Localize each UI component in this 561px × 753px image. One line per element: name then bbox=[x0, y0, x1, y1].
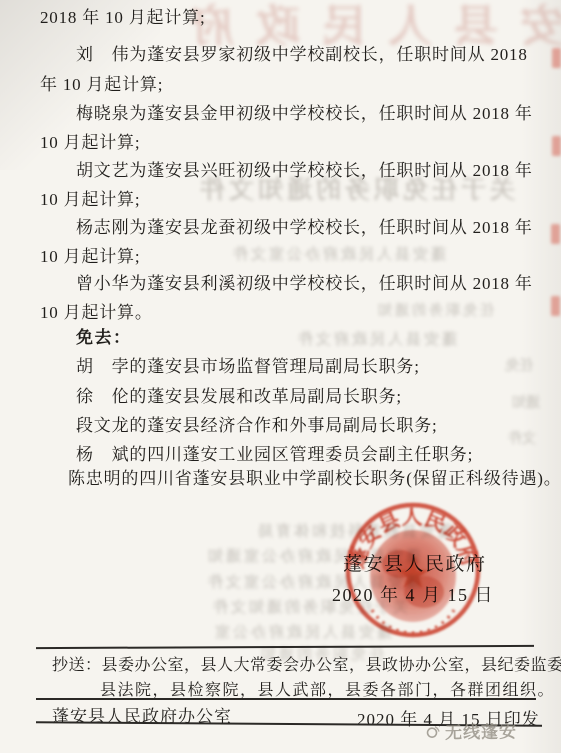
bleedthrough-text: 文件 bbox=[508, 428, 536, 448]
doc-line: 年 10 月起计算; bbox=[40, 74, 163, 96]
bleedthrough-text: 蓬安县人民政府办公室文件 bbox=[230, 243, 446, 264]
bleedthrough-text: 任免 bbox=[505, 355, 533, 375]
doc-line: 徐 伦的蓬安县发展和改革局副局长职务; bbox=[76, 386, 402, 408]
doc-line: 胡 孛的蓬安县市场监督管理局副局长职务; bbox=[76, 356, 420, 378]
bleedthrough-red-fragment bbox=[551, 224, 560, 244]
doc-line: 胡文艺为蓬安县兴旺初级中学校校长，任职时间从 2018 年 bbox=[76, 160, 533, 182]
bleedthrough-red-fragment bbox=[551, 296, 560, 316]
scanned-document-page: 蓬安县人民政府 关于任免职务的通知文件 蓬安县人民政府办公室文件 任免职务的通知… bbox=[0, 0, 561, 753]
watermark-text: 无线蓬安 bbox=[445, 717, 517, 743]
removal-section-header: 免去： bbox=[76, 327, 132, 349]
bleedthrough-red-fragment bbox=[552, 48, 561, 68]
bleedthrough-text: 任免职务的通知 bbox=[375, 300, 494, 320]
doc-line: 10 月起计算; bbox=[40, 246, 140, 268]
official-seal: ★ 蓬安县人民政府 bbox=[320, 496, 506, 648]
doc-line: 杨志刚为蓬安县龙蚕初级中学校校长，任职时间从 2018 年 bbox=[76, 217, 533, 239]
seal-star-icon: ★ bbox=[395, 552, 431, 597]
doc-line: 10 月起计算; bbox=[40, 132, 140, 154]
radio-waves-icon bbox=[424, 722, 442, 740]
doc-line: 陈忠明的四川省蓬安县职业中学副校长职务(保留正科级待遇)。 bbox=[68, 468, 561, 490]
doc-line: 杨 斌的四川蓬安工业园区管理委员会副主任职务; bbox=[76, 444, 473, 466]
watermark: 无线蓬安 bbox=[424, 717, 517, 744]
cc-list-line2: 县法院，县检察院，县人武部，县委各部门，各群团组织。 bbox=[100, 677, 555, 700]
doc-line: 2018 年 10 月起计算; bbox=[40, 7, 205, 29]
doc-line: 梅晓泉为蓬安县金甲初级中学校校长，任职时间从 2018 年 bbox=[76, 103, 533, 125]
bleedthrough-text: 蓬安县人民政府文件 bbox=[295, 328, 457, 349]
doc-line: 曾小华为蓬安县利溪初级中学校校长，任职时间从 2018 年 bbox=[76, 273, 533, 295]
doc-line: 10 月起计算。 bbox=[40, 302, 153, 324]
separator-line bbox=[36, 698, 536, 700]
separator-line bbox=[36, 645, 534, 649]
cc-list-line1: 抄送：县委办公室，县人大常委会办公室，县政协办公室，县纪委监委， bbox=[52, 652, 561, 675]
doc-line: 段文龙的蓬安县经济合作和外事局副局长职务; bbox=[76, 415, 438, 437]
bleedthrough-red-fragment bbox=[552, 136, 561, 156]
doc-line: 10 月起计算; bbox=[40, 189, 140, 211]
doc-line: 刘 伟为蓬安县罗家初级中学校副校长，任职时间从 2018 bbox=[76, 44, 528, 66]
bleedthrough-text: 通知 bbox=[512, 392, 540, 412]
